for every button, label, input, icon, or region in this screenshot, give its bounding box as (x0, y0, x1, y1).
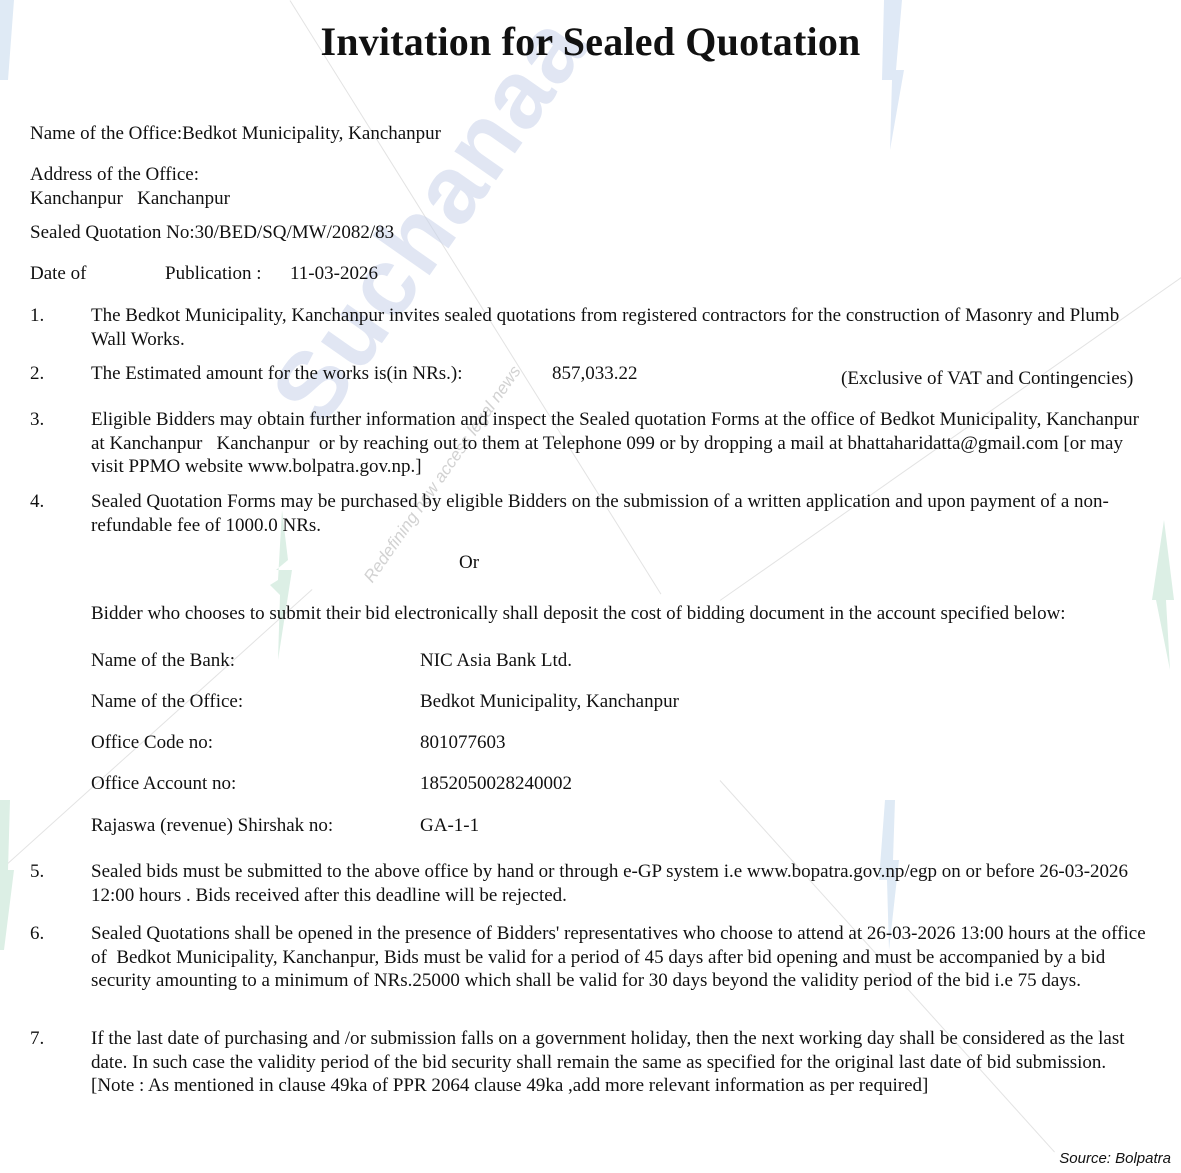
clause-4: 4. Sealed Quotation Forms may be purchas… (30, 490, 1155, 537)
clause-5: 5. Sealed bids must be submitted to the … (30, 860, 1155, 907)
clause-number: 5. (30, 860, 44, 884)
publication-date: 11-03-2026 (290, 263, 378, 284)
bank-detail-value: 1852050028240002 (420, 773, 572, 794)
quotation-number: Sealed Quotation No:30/BED/SQ/MW/2082/83 (30, 222, 394, 244)
clause-number: 1. (30, 304, 44, 328)
clause-2: 2. The Estimated amount for the works is… (30, 362, 1155, 392)
clause-6: 6. Sealed Quotations shall be opened in … (30, 922, 1155, 993)
source-credit: Source: Bolpatra (1059, 1150, 1171, 1167)
bank-detail-row: Rajaswa (revenue) Shirshak no:GA-1-1 (91, 815, 479, 837)
bank-detail-row: Office Code no:801077603 (91, 732, 506, 754)
clause-note: [Note : As mentioned in clause 49ka of P… (91, 1074, 1155, 1098)
bank-detail-label: Office Account no: (91, 773, 420, 795)
or-separator: Or (459, 552, 479, 574)
office-name-line: Name of the Office:Bedkot Municipality, … (30, 123, 441, 145)
clause-3: 3. Eligible Bidders may obtain further i… (30, 408, 1155, 479)
clause-text: Sealed Quotation Forms may be purchased … (91, 490, 1155, 537)
clause-number: 6. (30, 922, 44, 946)
clause-1: 1. The Bedkot Municipality, Kanchanpur i… (30, 304, 1155, 351)
bank-detail-label: Office Code no: (91, 732, 420, 754)
bank-detail-row: Name of the Office:Bedkot Municipality, … (91, 691, 679, 713)
clause-number: 3. (30, 408, 44, 432)
clause-7: 7. If the last date of purchasing and /o… (30, 1027, 1155, 1098)
bank-intro: Bidder who chooses to submit their bid e… (91, 603, 1066, 625)
clause-number: 4. (30, 490, 44, 514)
lightning-bolt-icon (1150, 520, 1176, 670)
bank-detail-value: GA-1-1 (420, 815, 479, 836)
address-value: Kanchanpur Kanchanpur (30, 188, 230, 210)
bank-detail-value: Bedkot Municipality, Kanchanpur (420, 691, 679, 712)
clause-text: If the last date of purchasing and /or s… (91, 1027, 1155, 1074)
address-label: Address of the Office: (30, 164, 199, 186)
clause-text: The Bedkot Municipality, Kanchanpur invi… (91, 304, 1155, 351)
publication-label-part2: Publication : (165, 263, 290, 285)
clause-text: Eligible Bidders may obtain further info… (91, 408, 1155, 479)
lightning-bolt-icon (0, 800, 26, 950)
clause-text: Sealed Quotations shall be opened in the… (91, 922, 1155, 993)
bank-detail-label: Rajaswa (revenue) Shirshak no: (91, 815, 420, 837)
bank-detail-label: Name of the Bank: (91, 650, 420, 672)
clause-text: Sealed bids must be submitted to the abo… (91, 860, 1155, 907)
publication-label-part1: Date of (30, 263, 165, 285)
page-title: Invitation for Sealed Quotation (0, 18, 1181, 65)
bank-detail-value: 801077603 (420, 732, 506, 753)
publication-date-row: Date ofPublication :11-03-2026 (30, 263, 378, 285)
amount-note: (Exclusive of VAT and Contingencies) (841, 367, 1133, 391)
estimated-amount: 857,033.22 (552, 362, 638, 386)
bank-detail-row: Office Account no:1852050028240002 (91, 773, 572, 795)
bank-detail-row: Name of the Bank:NIC Asia Bank Ltd. (91, 650, 572, 672)
clause-number: 2. (30, 362, 44, 386)
bank-detail-label: Name of the Office: (91, 691, 420, 713)
bank-detail-value: NIC Asia Bank Ltd. (420, 650, 572, 671)
clause-number: 7. (30, 1027, 44, 1051)
